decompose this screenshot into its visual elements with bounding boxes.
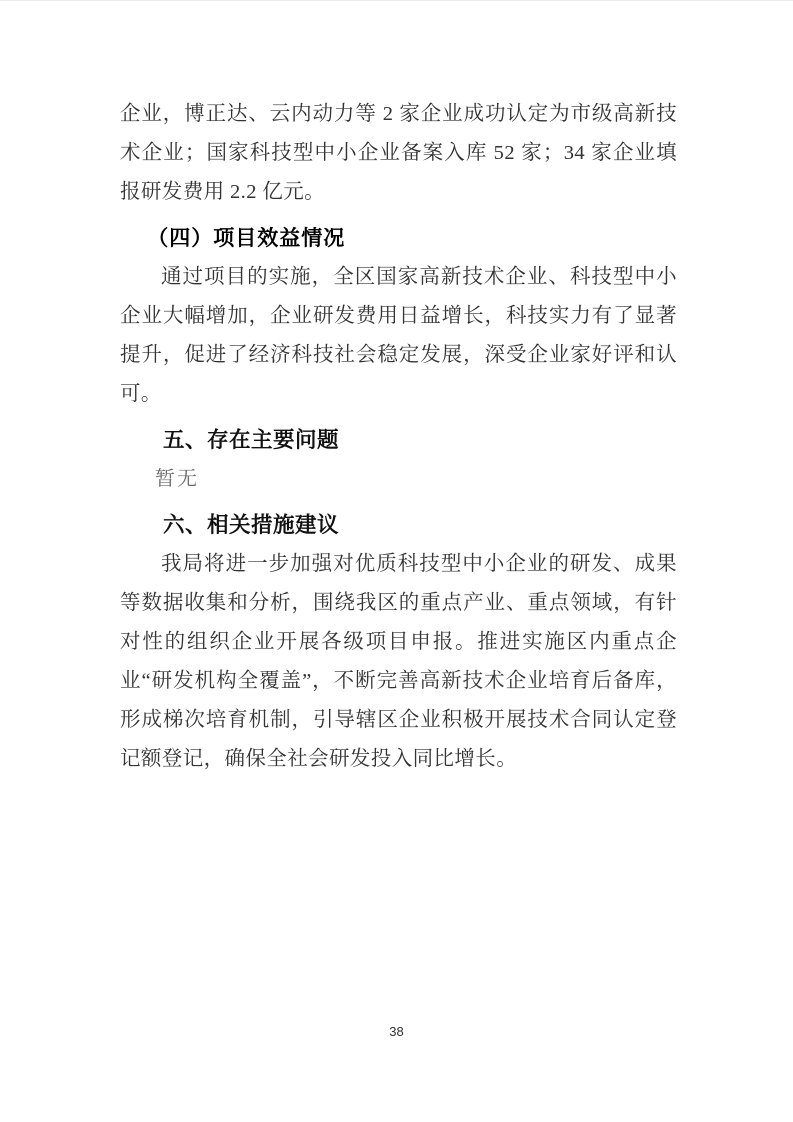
- section-heading-suggestions: 六、相关措施建议: [120, 506, 677, 545]
- document-page: 企业，博正达、云内动力等 2 家企业成功认定为市级高新技术企业；国家科技型中小企…: [0, 0, 793, 1122]
- subsection-heading-project-benefit: （四）项目效益情况: [120, 219, 677, 258]
- body-paragraph-continuation: 企业，博正达、云内动力等 2 家企业成功认定为市级高新技术企业；国家科技型中小企…: [120, 95, 677, 212]
- page-number: 38: [0, 1024, 793, 1039]
- body-paragraph: 通过项目的实施，全区国家高新技术企业、科技型中小企业大幅增加，企业研发费用日益增…: [120, 258, 677, 414]
- body-paragraph: 我局将进一步加强对优质科技型中小企业的研发、成果等数据收集和分析，围绕我区的重点…: [120, 545, 677, 779]
- section-heading-problems: 五、存在主要问题: [120, 421, 677, 460]
- note-text: 暂无: [120, 460, 677, 499]
- page-content: 企业，博正达、云内动力等 2 家企业成功认定为市级高新技术企业；国家科技型中小企…: [120, 95, 677, 779]
